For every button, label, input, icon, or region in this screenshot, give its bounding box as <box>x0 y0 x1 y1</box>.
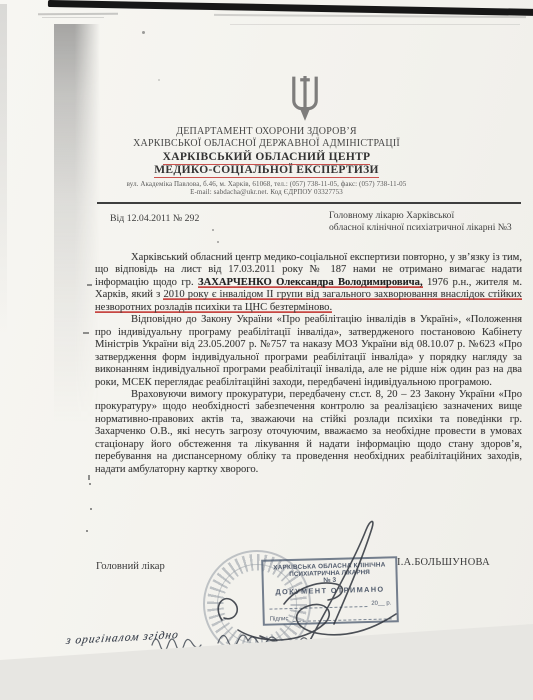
scan-streak <box>42 17 104 18</box>
scan-speck <box>142 31 145 34</box>
center-name-line1: ХАРКІВСЬКИЙ ОБЛАСНИЙ ЦЕНТР <box>0 151 533 165</box>
margin-mark <box>90 508 92 510</box>
paragraph-2: Відповідно до Закону України «Про реабіл… <box>95 314 522 389</box>
margin-mark <box>87 284 92 286</box>
addressee-block: Головному лікарю Харківської обласної кл… <box>329 210 524 233</box>
scan-speck <box>158 79 160 81</box>
paragraph-1: Харківський обласний центр медико-соціал… <box>95 252 522 314</box>
paragraph-2-text: Відповідно до Закону України «Про реабіл… <box>95 314 522 387</box>
org-name-line2: ХАРКІВСЬКОЇ ОБЛАСНОЇ ДЕРЖАВНОЇ АДМІНІСТР… <box>0 138 533 149</box>
paragraph-3: Враховуючи вимогу прокуратури, передбаче… <box>95 389 522 476</box>
letterhead-contacts: E-mail: sabdacha@ukr.net. Код ЄДРПОУ 033… <box>0 188 533 196</box>
center-name-line1-text: ХАРКІВСЬКИЙ ОБЛАСНИЙ ЦЕНТР <box>163 151 371 165</box>
scanned-letter-page: ДЕПАРТАМЕНТ ОХОРОНИ ЗДОРОВ’Я ХАРКІВСЬКОЇ… <box>0 0 533 700</box>
highlighted-name: ЗАХАРЧЕНКО Олександра Володимировича, <box>198 277 423 288</box>
scan-speck <box>217 241 219 243</box>
center-name-line2: МЕДИКО-СОЦІАЛЬНОЇ ЕКСПЕРТИЗИ <box>0 164 533 178</box>
center-name-line2-text: МЕДИКО-СОЦІАЛЬНОЇ ЕКСПЕРТИЗИ <box>154 164 378 178</box>
scan-speck <box>212 229 214 231</box>
scan-streak <box>230 24 520 25</box>
signer-position: Головний лікар <box>96 561 165 572</box>
addressee-line2: обласної клінічної психіатричної лікарні… <box>329 222 524 234</box>
addressee-line1: Головному лікарю Харківської <box>329 210 524 222</box>
letterhead-address: вул. Академіка Павлова, б.46, м. Харків,… <box>0 180 533 188</box>
margin-mark <box>88 475 90 480</box>
margin-mark <box>86 530 88 532</box>
scan-streak <box>38 13 118 15</box>
margin-mark <box>89 483 91 485</box>
pen-signature-ink <box>200 508 470 658</box>
letter-body: Харківський обласний центр медико-соціал… <box>95 252 522 476</box>
paragraph-3-text: Враховуючи вимогу прокуратури, передбаче… <box>95 389 522 475</box>
tryzub-emblem-icon <box>289 76 321 122</box>
org-name-line1: ДЕПАРТАМЕНТ ОХОРОНИ ЗДОРОВ’Я <box>0 126 533 137</box>
scan-shadow-band <box>54 24 100 424</box>
margin-mark <box>83 332 89 334</box>
outgoing-reference: Від 12.04.2011 № 292 <box>110 213 199 224</box>
letterhead-divider <box>97 202 521 204</box>
